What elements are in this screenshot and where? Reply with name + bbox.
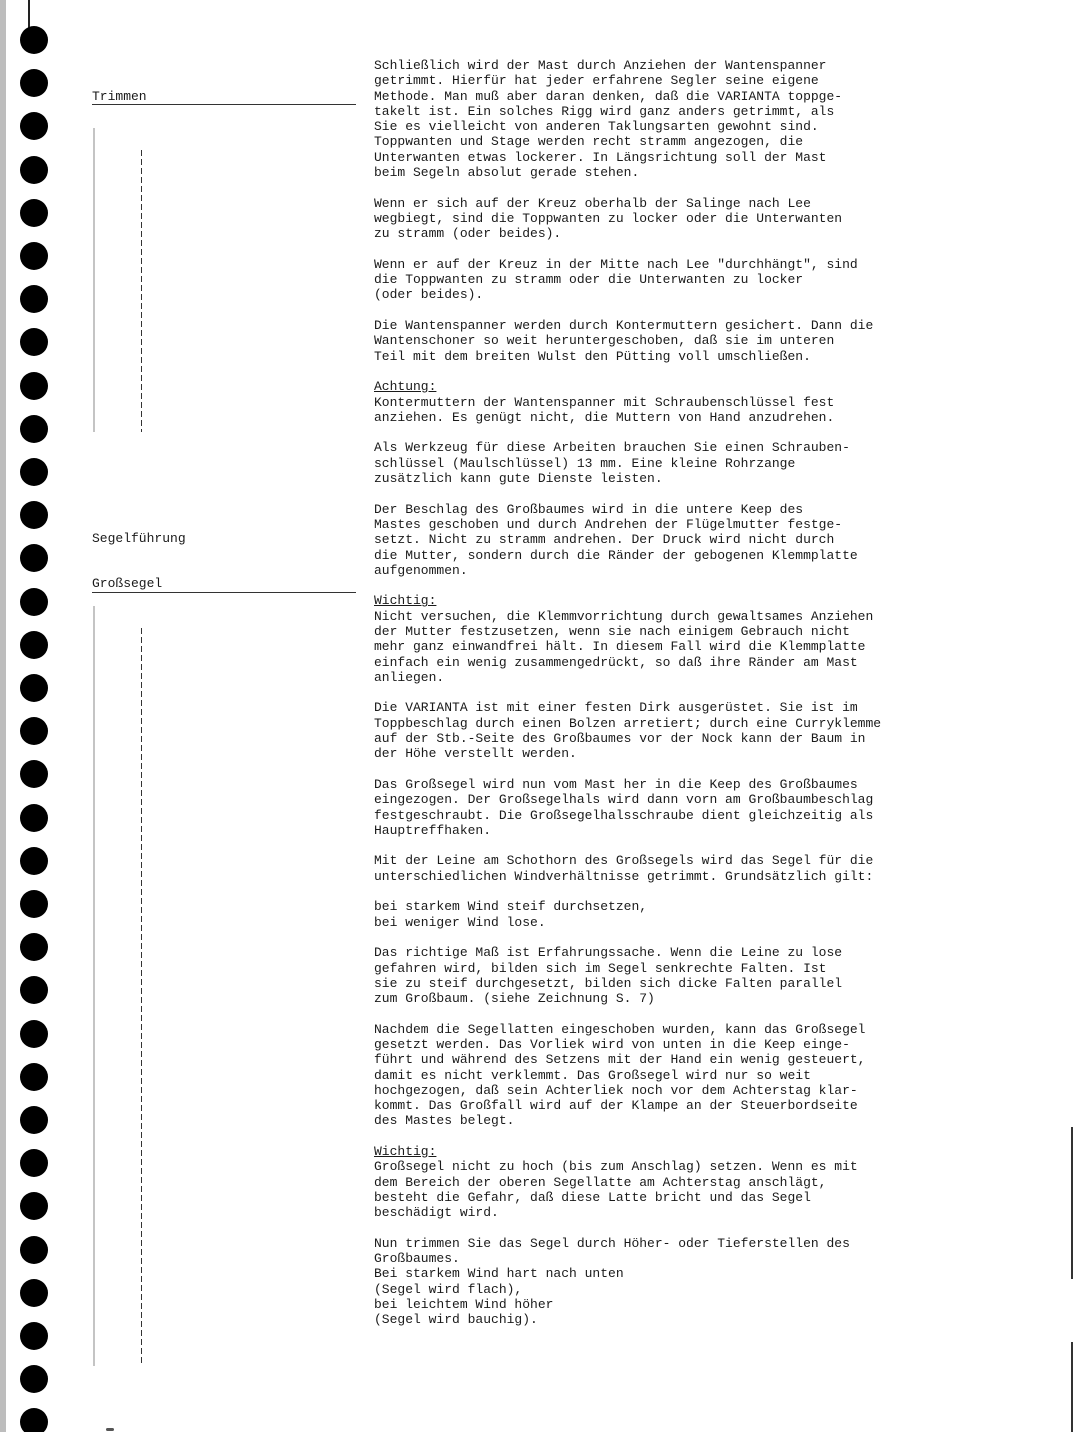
punch-hole [20,1236,48,1264]
paragraph: Das richtige Maß ist Erfahrungssache. We… [374,945,964,1006]
paragraph-text: Das Großsegel wird nun vom Mast her in d… [374,777,873,838]
punch-hole [20,1149,48,1177]
section-label-line: Großsegel [92,576,356,592]
right-edge-mark [1071,1342,1073,1432]
punch-hole [20,717,48,745]
punch-hole [20,544,48,572]
punch-hole [20,976,48,1004]
paragraph-text: Der Beschlag des Großbaumes wird in die … [374,502,858,578]
punch-hole [20,1365,48,1393]
punch-hole [20,26,48,54]
paragraph-text: Mit der Leine am Schothorn des Großsegel… [374,853,873,883]
punch-hole [20,69,48,97]
paragraph: Der Beschlag des Großbaumes wird in die … [374,502,964,578]
paragraph: Wenn er auf der Kreuz in der Mitte nach … [374,257,964,303]
paragraph: Das Großsegel wird nun vom Mast her in d… [374,777,964,838]
paragraph: bei starkem Wind steif durchsetzen, bei … [374,899,964,930]
paragraph-text: Die Wantenspanner werden durch Kontermut… [374,318,873,364]
punch-hole [20,1063,48,1091]
paragraph: Wichtig:Großsegel nicht zu hoch (bis zum… [374,1144,964,1220]
punch-hole [20,328,48,356]
punch-hole [20,674,48,702]
punch-hole [20,1279,48,1307]
punch-hole [20,760,48,788]
punch-hole [20,285,48,313]
paragraph-text: Nachdem die Segellatten eingeschoben wur… [374,1022,865,1129]
section-label-line: Trimmen [92,89,356,105]
punch-hole [20,199,48,227]
paragraph: Wichtig:Nicht versuchen, die Klemmvorric… [374,593,964,685]
punch-hole [20,1408,48,1432]
punch-hole [20,1106,48,1134]
section-label-trimmen: Trimmen [92,58,356,120]
paragraph: Schließlich wird der Mast durch Anziehen… [374,58,964,180]
punch-hole [20,588,48,616]
punch-hole [20,1020,48,1048]
paragraph-text: Als Werkzeug für diese Arbeiten brauchen… [374,440,850,486]
paragraph-text: Wenn er sich auf der Kreuz oberhalb der … [374,196,842,242]
punch-hole [20,458,48,486]
punch-hole [20,847,48,875]
margin-rule-3 [93,606,95,1366]
paragraph-heading: Wichtig: [374,1144,964,1159]
paragraph: Die VARIANTA ist mit einer festen Dirk a… [374,700,964,761]
punch-hole [20,501,48,529]
paragraph-text: Wenn er auf der Kreuz in der Mitte nach … [374,257,858,303]
paragraph-text: Kontermuttern der Wantenspanner mit Schr… [374,395,834,425]
paragraph-heading: Achtung: [374,379,964,394]
paragraph-text: Nicht versuchen, die Klemmvorrichtung du… [374,609,873,685]
punch-hole [20,1322,48,1350]
paragraph-text: Die VARIANTA ist mit einer festen Dirk a… [374,700,881,761]
paragraph-text: Schließlich wird der Mast durch Anziehen… [374,58,842,180]
paragraph: Achtung:Kontermuttern der Wantenspanner … [374,379,964,425]
punch-hole [20,242,48,270]
paragraph-text: bei starkem Wind steif durchsetzen, bei … [374,899,647,929]
paragraph: Nun trimmen Sie das Segel durch Höher- o… [374,1236,964,1328]
punch-hole [20,156,48,184]
punch-hole [20,933,48,961]
scan-left-edge [0,0,6,1432]
paragraph: Die Wantenspanner werden durch Kontermut… [374,318,964,364]
paragraph: Wenn er sich auf der Kreuz oberhalb der … [374,196,964,242]
punch-hole [20,112,48,140]
paragraph: Als Werkzeug für diese Arbeiten brauchen… [374,440,964,486]
margin-rule-1 [93,128,95,432]
punch-hole [20,890,48,918]
punch-hole [20,415,48,443]
section-label-segelfuehrung: Segelführung Großsegel [92,500,356,608]
page-number-mark [106,1428,114,1431]
punch-hole [20,631,48,659]
margin-rule-4 [141,628,142,1366]
section-label-line: Segelführung [92,531,356,546]
punch-hole [20,804,48,832]
right-edge-mark [1071,1127,1073,1279]
paragraph-text: Großsegel nicht zu hoch (bis zum Anschla… [374,1159,858,1220]
punch-hole [20,372,48,400]
paragraph-text: Das richtige Maß ist Erfahrungssache. We… [374,945,842,1006]
punch-hole [20,1192,48,1220]
body-text: Schließlich wird der Mast durch Anziehen… [374,58,964,1343]
paragraph-heading: Wichtig: [374,593,964,608]
paragraph: Nachdem die Segellatten eingeschoben wur… [374,1022,964,1129]
paragraph: Mit der Leine am Schothorn des Großsegel… [374,853,964,884]
margin-rule-2 [141,150,142,432]
paragraph-text: Nun trimmen Sie das Segel durch Höher- o… [374,1236,850,1327]
